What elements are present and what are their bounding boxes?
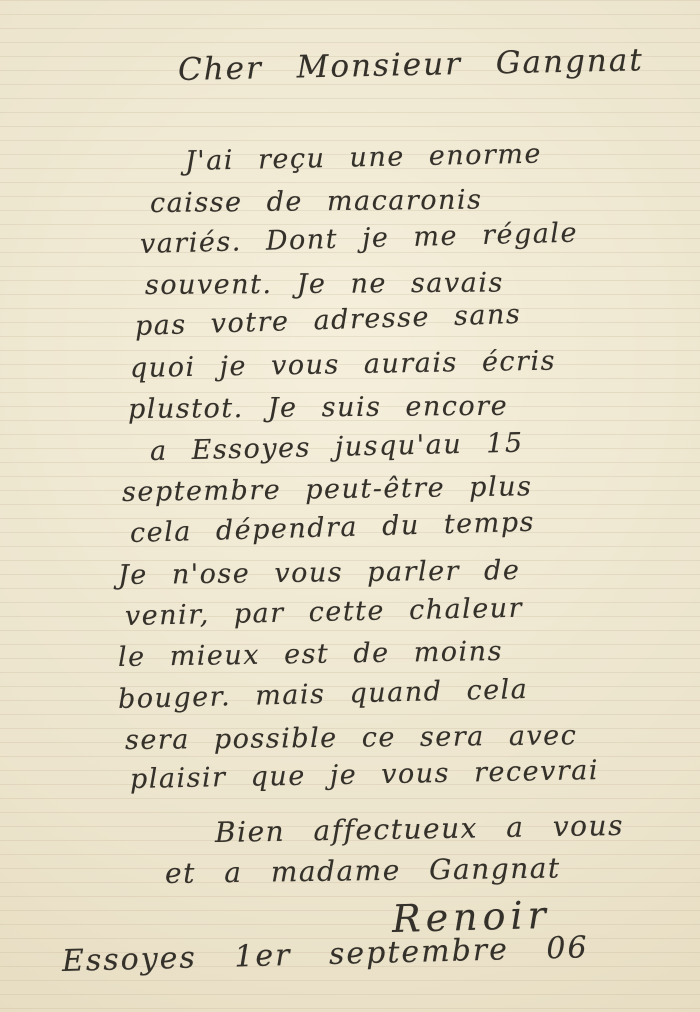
letter-line: variés. Dont je me régale xyxy=(140,218,579,260)
letter-line: venir, par cette chaleur xyxy=(125,593,524,632)
letter-line: plaisir que je vous recevrai xyxy=(130,755,600,795)
letter-line: cela dépendra du temps xyxy=(130,507,536,549)
letter-page: Cher Monsieur Gangnat J'ai reçu une enor… xyxy=(0,0,700,1012)
letter-line: J'ai reçu une enorme xyxy=(185,139,543,177)
letter-line: pas votre adresse sans xyxy=(135,299,522,342)
letter-line: bouger. mais quand cela xyxy=(118,674,529,715)
closing-line: Bien affectueux a vous xyxy=(215,809,624,849)
letter-line: a Essoyes jusqu'au 15 xyxy=(150,428,524,467)
letter-line: Je n'ose vous parler de xyxy=(118,555,521,591)
letter-line: plustot. Je suis encore xyxy=(128,391,508,425)
letter-line: le mieux est de moins xyxy=(118,636,503,673)
letter-line: caisse de macaronis xyxy=(150,185,483,219)
letter-line: quoi je vous aurais écris xyxy=(130,346,556,384)
letter-line: sera possible ce sera avec xyxy=(125,720,578,756)
date-line: Essoyes 1er septembre 06 xyxy=(62,930,589,979)
letter-line: souvent. Je ne savais xyxy=(145,267,504,301)
letter-line: septembre peut-être plus xyxy=(122,471,533,508)
closing-line: et a madame Gangnat xyxy=(165,851,561,890)
salutation-line: Cher Monsieur Gangnat xyxy=(178,42,644,88)
